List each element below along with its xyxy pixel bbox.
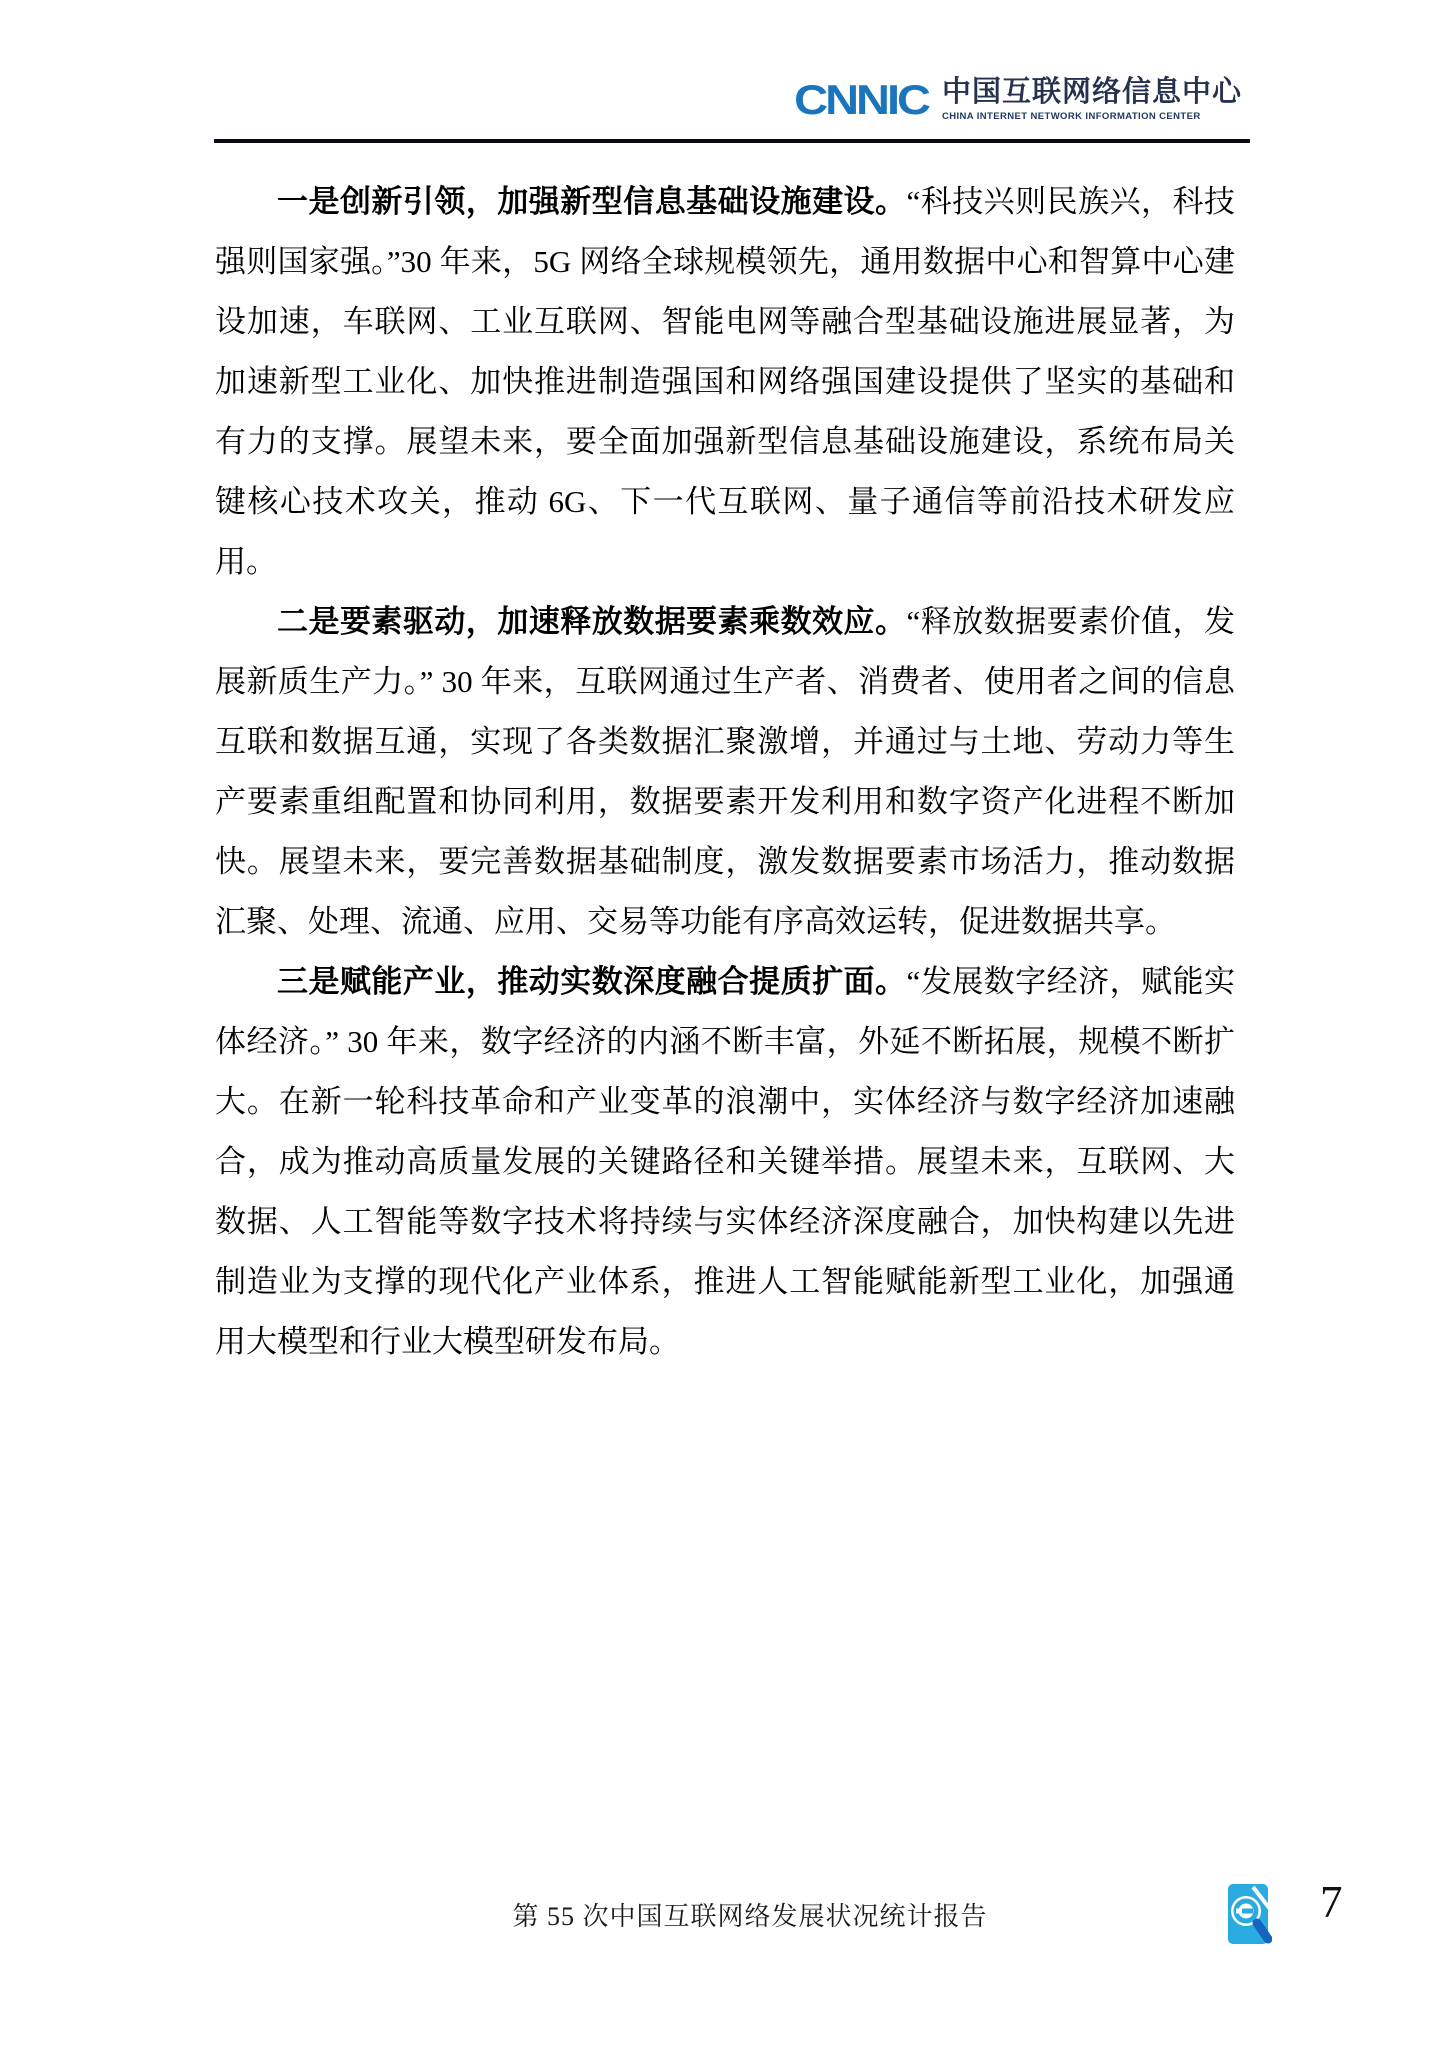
page-number: 7 bbox=[1320, 1878, 1343, 1928]
paragraph-1-text: “科技兴则民族兴，科技强则国家强。”30 年来，5G 网络全球规模领先，通用数据… bbox=[215, 184, 1235, 579]
cnnic-logotype: CNNIC bbox=[794, 79, 928, 120]
paragraph-3-text: “发展数字经济，赋能实体经济。” 30 年来，数字经济的内涵不断丰富，外延不断拓… bbox=[215, 964, 1235, 1359]
paragraph-1: 一是创新引领，加强新型信息基础设施建设。“科技兴则民族兴，科技强则国家强。”30… bbox=[215, 172, 1235, 592]
paragraph-3: 三是赋能产业，推动实数深度融合提质扩面。“发展数字经济，赋能实体经济。” 30 … bbox=[215, 952, 1235, 1372]
cnnic-report-logo-icon bbox=[1226, 1877, 1272, 1951]
document-body: 一是创新引领，加强新型信息基础设施建设。“科技兴则民族兴，科技强则国家强。”30… bbox=[215, 172, 1235, 1372]
header-divider bbox=[214, 139, 1250, 143]
paragraph-3-lead: 三是赋能产业，推动实数深度融合提质扩面。 bbox=[277, 964, 907, 999]
org-name-block: 中国互联网络信息中心 CHINA INTERNET NETWORK INFORM… bbox=[942, 77, 1242, 123]
paragraph-2: 二是要素驱动，加速释放数据要素乘数效应。“释放数据要素价值，发展新质生产力。” … bbox=[215, 592, 1235, 952]
org-name-zh: 中国互联网络信息中心 bbox=[942, 77, 1242, 109]
paragraph-1-lead: 一是创新引领，加强新型信息基础设施建设。 bbox=[277, 184, 907, 219]
paragraph-2-lead: 二是要素驱动，加速释放数据要素乘数效应。 bbox=[277, 604, 907, 639]
org-name-en: CHINA INTERNET NETWORK INFORMATION CENTE… bbox=[942, 111, 1242, 122]
footer-report-title: 第 55 次中国互联网络发展状况统计报告 bbox=[240, 1896, 1260, 1933]
paragraph-2-text: “释放数据要素价值，发展新质生产力。” 30 年来，互联网通过生产者、消费者、使… bbox=[215, 604, 1235, 939]
cnnic-logo: CNNIC 中国互联网络信息中心 CHINA INTERNET NETWORK … bbox=[794, 76, 1242, 123]
document-page: CNNIC 中国互联网络信息中心 CHINA INTERNET NETWORK … bbox=[0, 0, 1449, 2047]
